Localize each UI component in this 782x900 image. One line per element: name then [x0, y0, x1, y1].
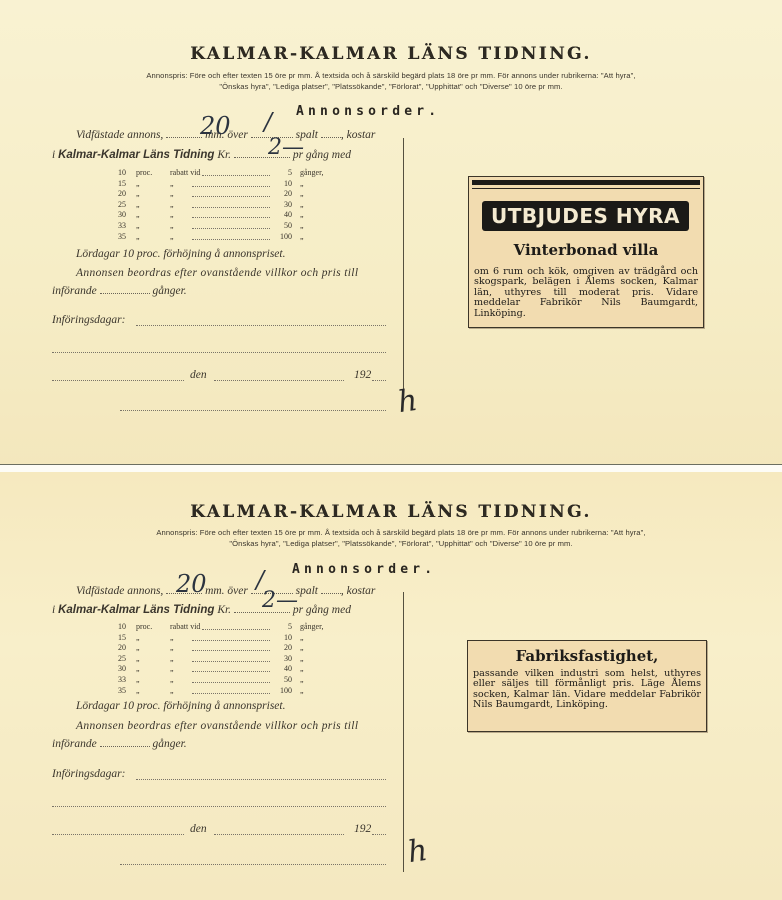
price-line: i Kalmar-Kalmar Läns Tidning Kr. pr gång…	[52, 148, 351, 161]
mm-label: mm. över	[205, 585, 248, 597]
newspaper-title: KALMAR-KALMAR LÄNS TIDNING.	[0, 44, 782, 64]
insertions-field[interactable]	[100, 284, 150, 294]
pricing-line-1: Annonspris: Före och efter texten 15 öre…	[60, 70, 722, 81]
rebate-row: 10proc.rabatt vid5gånger,	[118, 168, 334, 179]
newspaper-clipping: Fabriksfastighet, passande vilken indust…	[467, 640, 707, 732]
signature-field[interactable]	[120, 863, 386, 865]
den-label: den	[190, 823, 207, 835]
spalt-fill[interactable]	[321, 584, 341, 594]
handwritten-price: 2—	[268, 137, 304, 159]
insertions-field[interactable]	[100, 737, 150, 747]
date-field[interactable]	[214, 379, 344, 381]
handwritten-spalt: /	[264, 110, 272, 134]
rebate-row: 15„„10„	[118, 179, 334, 190]
year-label: 192	[354, 823, 371, 835]
saturday-note: Lördagar 10 proc. förhöjning å annonspri…	[76, 700, 285, 712]
rebate-row: 33„„50„	[118, 221, 334, 232]
insertion-days-field[interactable]	[136, 324, 386, 326]
ad-size-label: Vidfästade annons,	[76, 129, 163, 141]
year-field[interactable]	[372, 379, 386, 381]
order-heading: Annonsorder.	[292, 562, 436, 577]
rebate-row: 25„„30„	[118, 200, 334, 211]
insertion-days-label: Införingsdagar:	[52, 768, 125, 780]
rebate-row: 20„„20„	[118, 643, 334, 654]
pricing-line-2: "Önskas hyra", "Lediga platser", "Platss…	[60, 81, 722, 92]
place-field[interactable]	[52, 379, 184, 381]
clipping-body: om 6 rum och kök, omgiven av trädgård oc…	[474, 267, 698, 319]
kr-label: Kr.	[217, 604, 231, 616]
price-prefix: i	[52, 149, 55, 161]
rebate-row: 35„„100„	[118, 686, 334, 697]
order-form-top: KALMAR-KALMAR LÄNS TIDNING. Annonspris: …	[0, 0, 782, 466]
saturday-note: Lördagar 10 proc. förhöjning å annonspri…	[76, 248, 285, 260]
clipping-heading: Fabriksfastighet,	[468, 647, 706, 665]
insertion-days-field-2[interactable]	[52, 351, 386, 353]
order-form-bottom: KALMAR-KALMAR LÄNS TIDNING. Annonspris: …	[0, 472, 782, 900]
den-label: den	[190, 369, 207, 381]
pricing-info: Annonspris: Före och efter texten 15 öre…	[70, 527, 732, 549]
rebate-row: 33„„50„	[118, 675, 334, 686]
handwritten-signature: h	[406, 833, 430, 870]
spalt-fill[interactable]	[321, 128, 341, 138]
clipping-heading: Vinterbonad villa	[469, 241, 703, 259]
newspaper-clipping: UTBJUDES HYRA Vinterbonad villa om 6 rum…	[468, 176, 704, 328]
rebate-row: 15„„10„	[118, 633, 334, 644]
paper-name: Kalmar-Kalmar Läns Tidning	[58, 149, 214, 161]
pricing-line-2: "Önskas hyra", "Lediga platser", "Platss…	[70, 538, 732, 549]
times-label: gånger.	[152, 285, 186, 297]
insertion-days-label: Införingsdagar:	[52, 314, 125, 326]
newspaper-title: KALMAR-KALMAR LÄNS TIDNING.	[0, 502, 782, 522]
mm-field[interactable]	[166, 128, 202, 138]
rebate-row: 30„„40„	[118, 210, 334, 221]
pricing-line-1: Annonspris: Före och efter texten 15 öre…	[70, 527, 732, 538]
insertion-days-field-2[interactable]	[52, 805, 386, 807]
year-label: 192	[354, 369, 371, 381]
handwritten-mm: 20	[200, 114, 231, 138]
rebate-row: 30„„40„	[118, 664, 334, 675]
rebate-table: 10proc.rabatt vid5gånger, 15„„10„ 20„„20…	[118, 622, 334, 696]
clipping-rule-thin	[472, 188, 700, 189]
date-field[interactable]	[214, 833, 344, 835]
handwritten-mm: 20	[176, 572, 207, 596]
cost-label: , kostar	[341, 129, 376, 141]
cost-label: , kostar	[341, 585, 376, 597]
price-line: i Kalmar-Kalmar Läns Tidning Kr. pr gång…	[52, 603, 351, 616]
insertions-label: införande	[52, 738, 97, 750]
year-field[interactable]	[372, 833, 386, 835]
paper-name: Kalmar-Kalmar Läns Tidning	[58, 604, 214, 616]
kr-label: Kr.	[217, 149, 231, 161]
rebate-row: 10proc.rabatt vid5gånger,	[118, 622, 334, 633]
spalt-label: spalt	[296, 585, 318, 597]
clipping-rule	[472, 180, 700, 185]
column-divider	[403, 592, 404, 872]
signature-field[interactable]	[120, 409, 386, 411]
order-heading: Annonsorder.	[296, 104, 440, 119]
handwritten-signature: h	[396, 383, 420, 420]
rebate-table: 10proc.rabatt vid5gånger, 15„„10„ 20„„20…	[118, 168, 334, 242]
pricing-info: Annonspris: Före och efter texten 15 öre…	[60, 70, 722, 92]
per-insertion-label: pr gång med	[293, 604, 351, 616]
order-text: Annonsen beordras efter ovanstående vill…	[76, 720, 358, 732]
insertions-line: införande gånger.	[52, 737, 187, 750]
insertions-line: införande gånger.	[52, 284, 187, 297]
ad-size-label: Vidfästade annons,	[76, 585, 163, 597]
handwritten-price: 2—	[262, 590, 298, 612]
rebate-row: 25„„30„	[118, 654, 334, 665]
column-divider	[403, 138, 404, 400]
clipping-body: passande vilken industri som helst, uthy…	[473, 669, 701, 711]
order-text: Annonsen beordras efter ovanstående vill…	[76, 267, 358, 279]
clipping-banner: UTBJUDES HYRA	[482, 201, 689, 231]
insertion-days-field[interactable]	[136, 778, 386, 780]
ad-size-line: Vidfästade annons, mm. över spalt , kost…	[76, 584, 375, 597]
times-label: gånger.	[152, 738, 186, 750]
place-field[interactable]	[52, 833, 184, 835]
rebate-row: 35„„100„	[118, 232, 334, 243]
insertions-label: införande	[52, 285, 97, 297]
price-prefix: i	[52, 604, 55, 616]
rebate-row: 20„„20„	[118, 189, 334, 200]
